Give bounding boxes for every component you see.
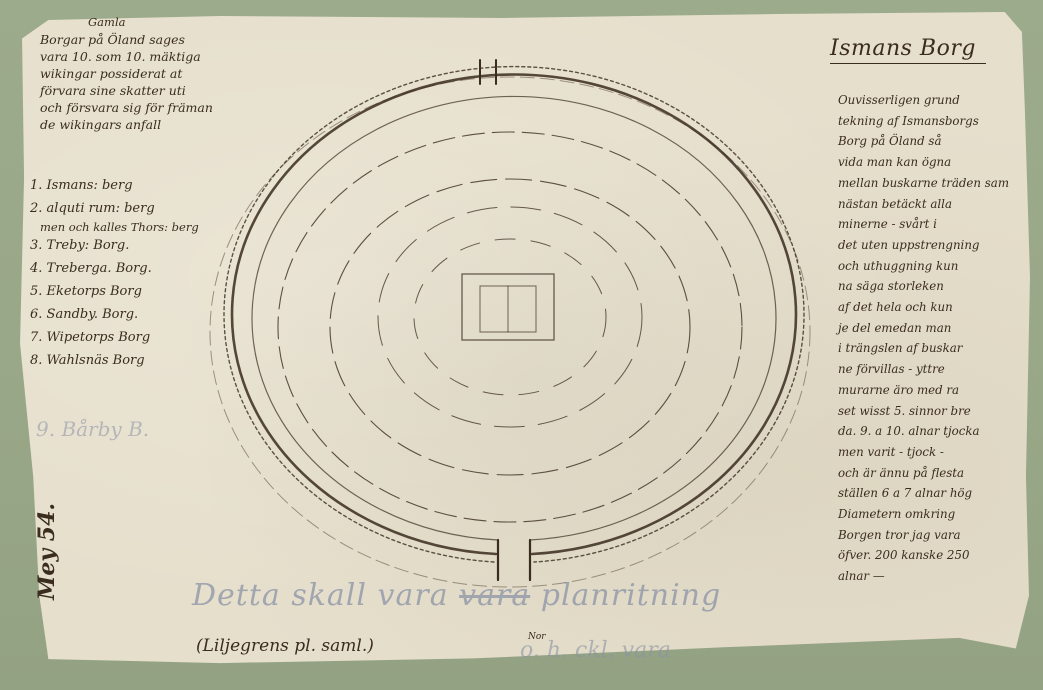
pencil-list-addition: 9. Bårby B. [36, 417, 149, 441]
right-note-line: Ouvisserligen grund [838, 90, 1028, 111]
pencil-annotation: Detta skall vara vara planritning [192, 578, 721, 613]
right-note-line: det uten uppstrengning [838, 235, 1028, 256]
collection-caption: (Liljegrens pl. saml.) [196, 636, 374, 656]
right-note-line: set wisst 5. sinnor bre [838, 401, 1028, 422]
right-note-line: af det hela och kun [838, 297, 1028, 318]
side-inventory-mark: Mey 54. [34, 503, 60, 600]
right-note-line: ställen 6 a 7 alnar hög [838, 483, 1028, 504]
right-note-line: na säga storleken [838, 276, 1028, 297]
right-note-line: je del emedan man [838, 318, 1028, 339]
right-note-line: da. 9. a 10. alnar tjocka [838, 421, 1028, 442]
document-title: Ismans Borg [830, 36, 986, 64]
right-note: Ouvisserligen grund tekning af Ismansbor… [838, 90, 1028, 587]
right-note-line: i trängslen af buskar [838, 338, 1028, 359]
pencil-annotation-second: o. h. ckl. vara [520, 638, 671, 663]
right-note-line: öfver. 200 kanske 250 [838, 545, 1028, 566]
right-note-line: och uthuggning kun [838, 256, 1028, 277]
right-note-line: nästan betäckt alla [838, 194, 1028, 215]
right-note-line: men varit - tjock - [838, 442, 1028, 463]
right-note-line: murarne äro med ra [838, 380, 1028, 401]
right-note-line: alnar — [838, 566, 1028, 587]
right-note-line: minerne - svårt i [838, 214, 1028, 235]
fort-plan-drawing [198, 42, 822, 602]
right-note-line: tekning af Ismansborgs [838, 111, 1028, 132]
right-note-line: Borgen tror jag vara [838, 525, 1028, 546]
right-note-line: Borg på Öland så [838, 131, 1028, 152]
right-note-line: vida man kan ögna [838, 152, 1028, 173]
left-note-heading: Gamla [40, 14, 290, 31]
right-note-line: mellan buskarne träden sam [838, 173, 1028, 194]
right-note-line: och är ännu på flesta [838, 463, 1028, 484]
right-note-line: ne förvillas - yttre [838, 359, 1028, 380]
right-note-line: Diametern omkring [838, 504, 1028, 525]
